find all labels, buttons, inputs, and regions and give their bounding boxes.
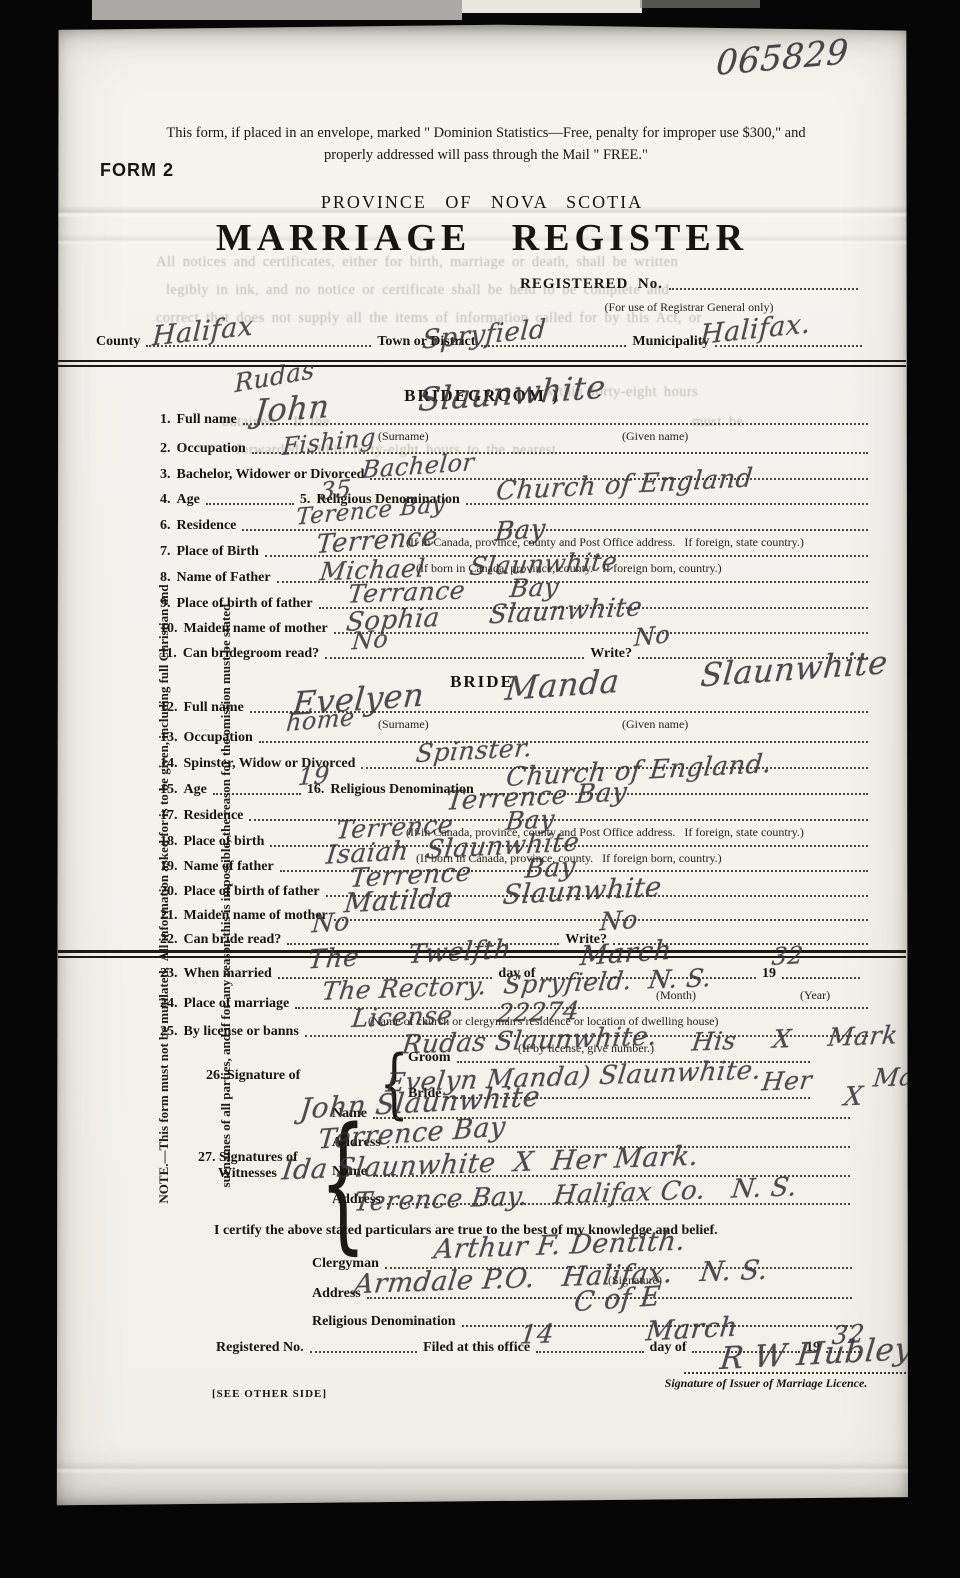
- scan-artifact-strip: [92, 0, 462, 20]
- see-other-side-note: [SEE OTHER SIDE]: [212, 1388, 327, 1400]
- margin-note-line2: surnames of all parties, and if for any …: [216, 562, 237, 1226]
- field-label: Religious Denomination: [316, 492, 460, 508]
- mail-notice: This form, if placed in an envelope, mar…: [116, 122, 856, 167]
- field-groom-signature: Groom: [408, 1050, 810, 1066]
- clergyman-label: Clergyman: [312, 1256, 379, 1272]
- dotted-line: [242, 529, 868, 531]
- municipality-label: Municipality: [632, 334, 709, 350]
- field-label: Religious Denomination: [330, 782, 474, 798]
- scan-artifact-strip: [640, 0, 760, 8]
- religious-denomination-label: Religious Denomination: [312, 1314, 456, 1330]
- field-number: 6.: [160, 518, 171, 534]
- groom-signature-label: Groom: [408, 1050, 451, 1066]
- field-clergyman-address: Address: [312, 1286, 852, 1302]
- registered-no-row: REGISTERED No.: [520, 276, 858, 293]
- document-title: MARRIAGE REGISTER: [56, 216, 908, 260]
- dotted-line: [373, 1175, 850, 1177]
- dotted-line: [782, 977, 860, 979]
- dotted-line: [715, 345, 862, 347]
- dotted-line: [277, 581, 868, 583]
- field-witness2-address: Address: [332, 1192, 850, 1208]
- registered-no-label: Registered No.: [216, 1340, 304, 1356]
- write-label: Write?: [565, 932, 607, 948]
- bridegroom-title-paren: ): [552, 386, 560, 405]
- dotted-line: [243, 423, 868, 425]
- field-groom-occupation: 2. Occupation: [160, 441, 868, 457]
- dotted-line: [385, 1267, 852, 1269]
- write-label: Write?: [590, 646, 632, 662]
- province-heading: PROVINCE OF NOVA SCOTIA: [56, 192, 908, 213]
- field-label: Bachelor, Widower or Divorced: [177, 467, 365, 483]
- dotted-line: [280, 870, 868, 872]
- dotted-line: [367, 1297, 852, 1299]
- field-witness1-name: Name: [332, 1106, 850, 1122]
- field-groom-marital-status: 3. Bachelor, Widower or Divorced: [160, 467, 868, 483]
- dotted-line: [480, 793, 868, 795]
- dotted-line: [295, 1007, 868, 1009]
- issuer-signature-line: [684, 1354, 914, 1374]
- field-groom-birthplace: 7. Place of Birth: [160, 544, 868, 560]
- dotted-line: [457, 1061, 810, 1063]
- dotted-line: [462, 1325, 852, 1327]
- field-label: Full name: [177, 412, 237, 428]
- field-clergyman-religion: Religious Denomination: [312, 1314, 852, 1330]
- dotted-line: [305, 1035, 868, 1037]
- field-witness1-address: Address: [332, 1135, 850, 1151]
- dotted-line: [250, 711, 868, 713]
- field-label: Residence: [177, 518, 237, 534]
- marriage-register-document: All notices and certificates, either for…: [56, 24, 908, 1506]
- margin-note: NOTE.—This form must not be mutilated. A…: [112, 562, 156, 1226]
- field-groom-age-religion: 4. Age 5. Religious Denomination: [160, 492, 868, 508]
- dotted-line: [310, 1351, 418, 1353]
- registered-no-hint: (For use of Registrar General only): [524, 300, 854, 315]
- field-label: Occupation: [177, 441, 246, 457]
- dotted-line: [325, 657, 584, 659]
- name-label: Name: [332, 1164, 367, 1180]
- field-label: Age: [177, 492, 200, 508]
- dotted-line: [638, 657, 868, 659]
- dotted-line: [387, 1146, 850, 1148]
- field-number: 3.: [160, 467, 171, 483]
- field-groom-residence: 6. Residence: [160, 518, 868, 534]
- dotted-line: [265, 555, 868, 557]
- dotted-line: [287, 943, 559, 945]
- address-label: Address: [312, 1286, 361, 1302]
- issuer-signature-label: Signature of Issuer of Marriage Licence.: [616, 1376, 916, 1391]
- dotted-line: [536, 1351, 644, 1353]
- dotted-line: [334, 919, 868, 921]
- dotted-line: [692, 1351, 800, 1353]
- day-of-label: day of: [498, 966, 535, 982]
- registered-no-label: REGISTERED No.: [520, 276, 663, 293]
- name-label: Name: [332, 1106, 367, 1122]
- field-clergyman: Clergyman: [312, 1256, 852, 1272]
- mail-notice-line2: properly addressed will pass through the…: [116, 144, 856, 166]
- dotted-line: [326, 895, 868, 897]
- bride-signature-label: Bride: [408, 1086, 441, 1102]
- field-groom-full-name: 1. Full name: [160, 412, 868, 428]
- county-label: County: [96, 334, 140, 350]
- day-of-label: day of: [650, 1340, 687, 1356]
- field-number: 16.: [307, 782, 325, 798]
- bridegroom-section-title: BRIDEGROOM ): [56, 386, 908, 406]
- field-bride-signature: Bride: [408, 1086, 810, 1102]
- dotted-line: [373, 1117, 850, 1119]
- dotted-line: [259, 741, 868, 743]
- field-label: Place of Birth: [177, 544, 259, 560]
- year-prefix-label: 19: [762, 966, 776, 982]
- section-divider: [58, 365, 906, 367]
- field-number: 1.: [160, 412, 171, 428]
- form-number-label: FORM 2: [100, 160, 174, 181]
- certification-statement: I certify the above stated particulars a…: [214, 1223, 718, 1239]
- field-number: 4.: [160, 492, 171, 508]
- bridegroom-title-text: BRIDEGROOM: [404, 386, 546, 405]
- dotted-line: [270, 845, 868, 847]
- scan-artifact-strip: [462, 0, 642, 13]
- town-label: Town or District: [377, 334, 475, 350]
- dotted-line: [278, 977, 493, 979]
- dotted-line: [541, 977, 756, 979]
- handwritten-document-number: 065829: [715, 32, 850, 84]
- field-witness2-name: Name: [332, 1164, 850, 1180]
- field-number: 5.: [300, 492, 311, 508]
- dotted-line: [252, 452, 868, 454]
- dotted-line: [249, 819, 868, 821]
- dotted-line: [481, 345, 626, 347]
- section-divider: [58, 360, 906, 362]
- paper-crease: [56, 1462, 908, 1474]
- dotted-line: [361, 767, 868, 769]
- filed-at-office-label: Filed at this office: [423, 1340, 530, 1356]
- dotted-line: [370, 478, 868, 480]
- mail-notice-line1: This form, if placed in an envelope, mar…: [116, 122, 856, 144]
- field-number: 7.: [160, 544, 171, 560]
- address-label: Address: [332, 1192, 381, 1208]
- location-row: County Town or District Municipality: [96, 334, 862, 350]
- dotted-line: [613, 943, 868, 945]
- dotted-line: [826, 1351, 860, 1353]
- address-label: Address: [332, 1135, 381, 1151]
- dotted-line: [669, 288, 858, 290]
- dotted-line: [319, 607, 868, 609]
- dotted-line: [334, 632, 868, 634]
- dotted-line: [146, 345, 371, 347]
- dotted-line: [206, 503, 294, 505]
- margin-note-line1: NOTE.—This form must not be mutilated. A…: [154, 562, 175, 1226]
- dotted-line: [387, 1203, 850, 1205]
- field-number: 2.: [160, 441, 171, 457]
- dotted-line: [466, 503, 868, 505]
- dotted-line: [447, 1097, 810, 1099]
